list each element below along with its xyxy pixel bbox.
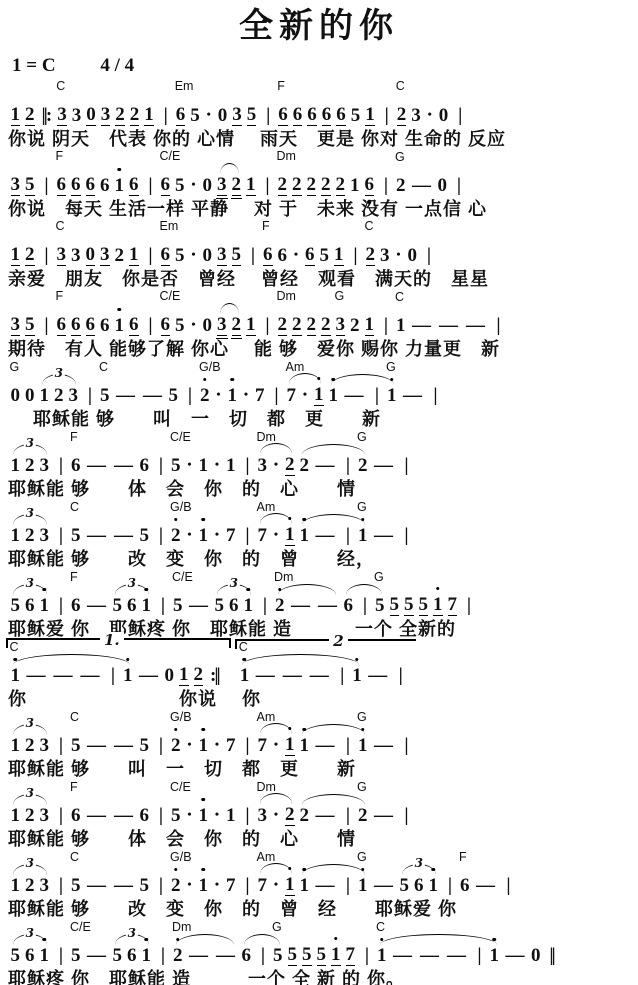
triplet-group: 561 [8, 595, 52, 616]
octave-dot-high [303, 728, 307, 732]
slur-group: Dm2—— [171, 945, 240, 966]
triplet-group: 561 [110, 595, 154, 616]
note-token: 1 [246, 174, 256, 196]
note-token: F6 [460, 875, 470, 896]
note-token: 1 [199, 875, 209, 896]
notation-line: 561|F6—561|C/E5—561|Dm2——6|G555517| [8, 569, 632, 616]
chord-label: Dm [277, 150, 296, 163]
music-system: 123|C5——5|G/B2•1•7|Am7•11—|G1—|耶稣能 够 改 变… [8, 499, 632, 569]
note-token: | [42, 175, 50, 196]
note-token: — [291, 595, 310, 616]
note-token: 2 [25, 805, 35, 826]
note-token: C2 [366, 244, 376, 266]
note-token: G1 [358, 735, 368, 756]
note-token: — [114, 875, 133, 896]
note-token: 7 [226, 525, 236, 546]
volta-number: 2 [329, 633, 347, 650]
chord-label: Dm [172, 921, 191, 934]
chord-label: Am [286, 361, 305, 374]
note-token: 2 [115, 245, 125, 266]
chord-label: C [10, 641, 19, 654]
note-group: |F6——6|C/E5•1•1| [52, 804, 256, 826]
music-system: 12||:C3303221|Em65•035|F6666651|C23•0|你说… [8, 79, 632, 149]
note-token: Dm3 [258, 455, 268, 476]
note-token: — [143, 385, 162, 406]
note-token: — [87, 735, 106, 756]
note-token: 3 [40, 455, 50, 476]
note-token: — [374, 525, 393, 546]
note-token: | [158, 945, 166, 966]
slur-group: Dm3•2 [255, 804, 297, 826]
note-group: 55517| [285, 944, 375, 966]
note-token: 0 [438, 175, 448, 196]
note-token: 1 [11, 735, 21, 756]
note-token: 6 [25, 945, 35, 966]
note-token: 5 [25, 314, 35, 336]
octave-dot-high [202, 868, 206, 872]
note-token: 3 [71, 245, 81, 266]
chord-label: Dm [257, 431, 276, 444]
note-token: — [374, 735, 393, 756]
note-token: F6 [57, 314, 67, 336]
note-token: F6 [71, 455, 81, 476]
note-token: — [345, 385, 364, 406]
note-token: | [185, 385, 193, 406]
chord-label: C [376, 921, 385, 934]
note-token: F6 [57, 174, 67, 196]
note-token: 6 [293, 104, 303, 126]
note-token: • [426, 104, 434, 126]
note-token: | [85, 385, 93, 406]
octave-dot-high [126, 658, 130, 662]
note-group: —| [364, 665, 408, 686]
note-group: —| [370, 525, 414, 546]
chord-label: Dm [274, 571, 293, 584]
note-token: 5 [11, 595, 21, 616]
chord-label: C [395, 291, 404, 304]
volta-number: 1. [100, 632, 124, 649]
note-token: 5 [190, 105, 200, 126]
note-token: 6 [100, 315, 110, 336]
note-token: • [215, 384, 223, 406]
music-system: 1.C1———|1—012:||2C1———|1—|你 你说 你 [8, 639, 632, 709]
note-token: | [504, 875, 512, 896]
note-token: — [27, 665, 46, 686]
note-group: |C5——5|G/B2•1•7| [52, 874, 256, 896]
note-token: 1 [11, 244, 21, 266]
note-token: | [494, 315, 502, 336]
note-token: | [258, 945, 266, 966]
note-token: 7 [226, 875, 236, 896]
note-token: 3 [217, 314, 227, 336]
note-token: — [316, 805, 335, 826]
note-token: Em6 [161, 244, 171, 266]
octave-dot-high [43, 938, 47, 942]
note-token: 2 [321, 314, 331, 336]
chord-label: C/E [160, 290, 181, 303]
octave-dot-high [14, 658, 18, 662]
note-token: 3 [69, 385, 79, 406]
note-token: — [316, 875, 335, 896]
chord-label: F [70, 431, 78, 444]
note-token: — [412, 315, 431, 336]
lyrics-line: 耶稣能 够 改 变 你 的 曾 经， [8, 549, 632, 569]
note-token: 1 [226, 805, 236, 826]
note-token: | [455, 105, 463, 126]
note-token: 3 [217, 244, 227, 266]
note-token: | [445, 875, 453, 896]
triplet-group: 561 [212, 595, 256, 616]
note-token: — [447, 945, 466, 966]
note-token: | [362, 945, 370, 966]
note-token: | [272, 385, 280, 406]
notation-line: 561|C/E5—561|Dm2——6|G555517|C1———|1—0|| [8, 919, 632, 966]
note-token: 0 [25, 385, 35, 406]
note-token: — [54, 665, 73, 686]
chord-label: G [357, 431, 367, 444]
note-token: C5 [71, 525, 81, 546]
note-token: 2 [292, 314, 302, 336]
note-token: • [186, 734, 194, 756]
chord-label: C/E [172, 571, 193, 584]
slur-group: Dm3•2 [255, 454, 297, 476]
note-token: 1 [300, 735, 310, 756]
octave-dot-high [288, 727, 292, 731]
octave-dot-high [247, 588, 251, 592]
note-token: 1 [115, 175, 125, 196]
note-token: 1 [350, 175, 360, 196]
note-token: — [87, 875, 106, 896]
chord-label: F [459, 851, 467, 864]
note-token: — [114, 525, 133, 546]
music-system: 561|F6—561|C/E5—561|Dm2——6|G555517|耶稣爱 你… [8, 569, 632, 639]
chord-label: C/E [160, 150, 181, 163]
note-token: 1 [490, 945, 500, 966]
note-token: | [56, 805, 64, 826]
note-token: G0 [11, 385, 21, 406]
note-token: 6 [100, 175, 110, 196]
chord-label: Em [175, 80, 194, 93]
note-token: 2 [336, 174, 346, 196]
note-token: 2 [115, 104, 125, 126]
chord-label: G [374, 571, 384, 584]
octave-dot-high [288, 867, 292, 871]
octave-dot-high [174, 518, 178, 522]
note-token: | [42, 245, 50, 266]
note-token: — [368, 665, 387, 686]
notation-line: 123|F6——6|C/E5•1•1|Dm3•22—|G2—| [8, 429, 632, 476]
octave-dot-high [118, 168, 122, 172]
note-token: 5 [288, 944, 298, 966]
note-token: 1 [433, 594, 443, 616]
note-token: 1 [300, 875, 310, 896]
octave-dot-high [202, 518, 206, 522]
note-token: 5 [25, 174, 35, 196]
triplet-group: 123 [8, 805, 52, 826]
lyrics-line: 你说 阴天 代表 你的 心情 雨天 更是 你对 生命的 反应 [8, 129, 632, 149]
slur-group: Am7•1 [255, 524, 297, 546]
note-token: • [190, 174, 198, 196]
note-token: Dm3 [258, 805, 268, 826]
note-token: 1 [365, 314, 375, 336]
note-token: 0 [86, 244, 96, 266]
note-token: 1 [11, 805, 21, 826]
octave-dot-high [278, 588, 282, 592]
note-token: G2 [396, 175, 406, 196]
lyrics-line: 期待 有人 能够了解 你心 能 够 爱你 赐你 力量更 新 [8, 339, 632, 359]
note-token: | [343, 525, 351, 546]
lyrics-line: 耶稣能 够 叫 一 切 都 更 新 [8, 409, 632, 429]
note-token: 5 [351, 105, 361, 126]
notation-line: 123|C5——5|G/B2•1•7|Am7•11—|G1—| [8, 499, 632, 546]
note-token: 1 [11, 104, 21, 126]
note-token: 5 [215, 595, 225, 616]
note-token: || [548, 945, 556, 966]
note-group: —| [370, 455, 414, 476]
key-signature: 1 = C [12, 55, 56, 76]
note-token: Dm2 [278, 174, 288, 196]
note-token: 0 [531, 945, 541, 966]
note-token: 2 [194, 664, 204, 686]
chord-label: G [10, 361, 20, 374]
note-group: G00 [8, 385, 37, 406]
note-token: Am7 [258, 525, 268, 546]
note-token: 6 [365, 174, 375, 196]
volta-line [235, 639, 416, 649]
chord-label: C [99, 361, 108, 374]
note-group: —| [370, 805, 414, 826]
note-token: Dm2 [173, 945, 183, 966]
note-group: 35|F666616|C/E65•0 [8, 314, 215, 336]
note-token: • [213, 524, 221, 546]
note-group: | [154, 945, 171, 966]
note-token: 6 [129, 174, 139, 196]
note-token: 6 [25, 595, 35, 616]
chord-label: G [395, 151, 405, 164]
note-token: | [56, 735, 64, 756]
note-token: 1 [123, 665, 133, 686]
note-token: 5 [419, 594, 429, 616]
note-token: | [260, 595, 268, 616]
chord-label: G [272, 921, 282, 934]
triplet-group: 123 [8, 455, 52, 476]
music-system: 35|F666616|C/E65•0321|Dm2222216|G2—0|你说 … [8, 149, 632, 219]
slur-group: 2—|G2 [297, 455, 370, 476]
chord-label: G/B [170, 711, 192, 724]
volta-bracket: 2C1———|1—| [237, 665, 408, 686]
note-token: • [213, 874, 221, 896]
volta-bracket: 1.C1———|1—012:|| [8, 664, 223, 686]
octave-dot-high [436, 587, 440, 591]
note-token: 0 [86, 104, 96, 126]
note-token: 1 [365, 104, 375, 126]
notation-line: 1.C1———|1—012:||2C1———|1—| [8, 639, 632, 686]
note-token: 1 [11, 525, 21, 546]
note-token: | [424, 245, 432, 266]
note-token: 5 [11, 945, 21, 966]
triplet-group: 561 [110, 945, 154, 966]
note-token: 7 [346, 944, 356, 966]
note-token: G1 [387, 385, 397, 406]
octave-dot-high [390, 378, 394, 382]
note-token: | [402, 455, 410, 476]
note-token: 5 [400, 875, 410, 896]
octave-dot-high [203, 378, 207, 382]
note-token: 1 [40, 595, 50, 616]
note-token: • [213, 734, 221, 756]
notation-line: 123|C5——5|G/B2•1•7|Am7•11—|G1—561|F6—| [8, 849, 632, 896]
note-token: 1 [142, 945, 152, 966]
chord-label: G/B [170, 851, 192, 864]
lyrics-line: 耶稣能 够 体 会 你 的 心 情 [8, 479, 632, 499]
note-token: 6 [86, 314, 96, 336]
note-group: |C/E5— [154, 595, 213, 616]
note-token: 3 [40, 525, 50, 546]
note-token: G5 [375, 595, 385, 616]
chord-label: F [70, 781, 78, 794]
note-token: — [439, 315, 458, 336]
chord-label: C/E [70, 921, 91, 934]
key-and-meter: 1 = C 4 / 4 [12, 55, 638, 77]
note-token: F6 [71, 595, 81, 616]
note-token: 6 [414, 875, 424, 896]
note-token: C/E5 [173, 595, 183, 616]
triplet-group: 561 [8, 945, 52, 966]
note-token: 6 [71, 314, 81, 336]
chord-label: Am [257, 851, 276, 864]
chord-label: G [357, 711, 367, 724]
note-token: 6 [242, 945, 252, 966]
note-token: | [56, 875, 64, 896]
note-token: G3 [336, 314, 346, 336]
chord-label: F [70, 571, 78, 584]
lyrics-line: 耶稣疼 你 耶稣能 造 一个 全 新 的 你。 [8, 969, 632, 985]
note-token: 1 [40, 945, 50, 966]
note-token: | [243, 805, 251, 826]
note-token: — [216, 945, 235, 966]
score: 12||:C3303221|Em65•035|F6666651|C23•0|你说… [8, 79, 632, 985]
note-group: |F6—| [441, 875, 517, 896]
note-token: — [316, 735, 335, 756]
note-token: 3 [40, 875, 50, 896]
note-token: • [190, 244, 198, 266]
note-token: 3 [11, 174, 21, 196]
note-token: — [310, 665, 329, 686]
note-token: 5 [113, 945, 123, 966]
note-token: • [272, 454, 280, 476]
note-group: 1|Dm2222216|G2—0| [244, 174, 467, 196]
note-group: |C/E5— [52, 945, 111, 966]
note-token: C5 [71, 875, 81, 896]
triplet-group: 123 [37, 385, 81, 406]
octave-dot-high [145, 938, 149, 942]
octave-dot-high [176, 938, 180, 942]
note-token: 1 [246, 314, 256, 336]
chord-label: C/E [170, 781, 191, 794]
note-token: 2 [25, 244, 35, 266]
note-token: G/B2 [200, 385, 210, 406]
note-token: | [56, 455, 64, 476]
note-token: G/B2 [171, 525, 181, 546]
note-token: 3 [232, 104, 242, 126]
note-token: — [116, 385, 135, 406]
chord-label: G/B [170, 501, 192, 514]
note-token: | [263, 315, 271, 336]
chord-label: F [56, 290, 64, 303]
note-token: • [186, 874, 194, 896]
chord-label: G [335, 290, 345, 303]
octave-dot-high [145, 588, 149, 592]
note-token: 5 [317, 944, 327, 966]
octave-dot-high [231, 378, 235, 382]
note-token: 1 [244, 595, 254, 616]
note-token: C3 [57, 244, 67, 266]
note-token: 5 [140, 735, 150, 756]
note-token: 2 [25, 455, 35, 476]
note-token: | [464, 595, 472, 616]
notation-line: 12|C330321|Em65•035|F66•651|C23•0| [8, 219, 632, 266]
lyrics-line: 耶稣能 够 叫 一 切 都 更 新 [8, 759, 632, 779]
note-token: • [190, 314, 198, 336]
note-token: 5 [175, 315, 185, 336]
note-token: G2 [358, 455, 368, 476]
note-group: 55517| [387, 594, 477, 616]
note-token: 2 [307, 314, 317, 336]
chord-label: Am [257, 711, 276, 724]
lyrics-line: 你 你说 你 [8, 689, 632, 709]
octave-dot-high [202, 728, 206, 732]
octave-dot-high [361, 518, 365, 522]
note-token: — [318, 595, 337, 616]
note-token: 3 [217, 174, 227, 196]
note-token: | [243, 875, 251, 896]
note-token: — [189, 945, 208, 966]
note-token: | [343, 735, 351, 756]
note-token: C3 [57, 104, 67, 126]
chord-label: C [365, 220, 374, 233]
note-token: — [87, 945, 106, 966]
note-token: 1 [300, 525, 310, 546]
note-group: |F6——6|C/E5•1•1| [52, 454, 256, 476]
note-token: 1 [199, 525, 209, 546]
note-token: | [381, 175, 389, 196]
note-token: | [382, 105, 390, 126]
note-token: 6 [86, 174, 96, 196]
note-token: 0 [203, 315, 213, 336]
octave-dot-high [432, 868, 436, 872]
note-token: • [205, 104, 213, 126]
octave-dot-high [303, 518, 307, 522]
note-token: | [343, 805, 351, 826]
note-group: —| [370, 735, 414, 756]
octave-dot-low [368, 200, 372, 204]
note-token: Am7 [258, 735, 268, 756]
notation-line: 123|F6——6|C/E5•1•1|Dm3•22—|G2—| [8, 779, 632, 826]
note-token: | [381, 315, 389, 336]
slur-group: Dm2—— [273, 595, 342, 616]
note-token: — [189, 595, 208, 616]
note-token: 5 [247, 104, 257, 126]
note-token: 1 [352, 665, 362, 686]
note-token: | [243, 525, 251, 546]
note-token: | [156, 525, 164, 546]
chord-label: G [357, 501, 367, 514]
triplet-group: 561 [397, 875, 441, 896]
note-token: F6 [71, 805, 81, 826]
note-token: Am7 [287, 385, 297, 406]
note-token: 0 [165, 665, 175, 686]
note-token: 0 [203, 175, 213, 196]
